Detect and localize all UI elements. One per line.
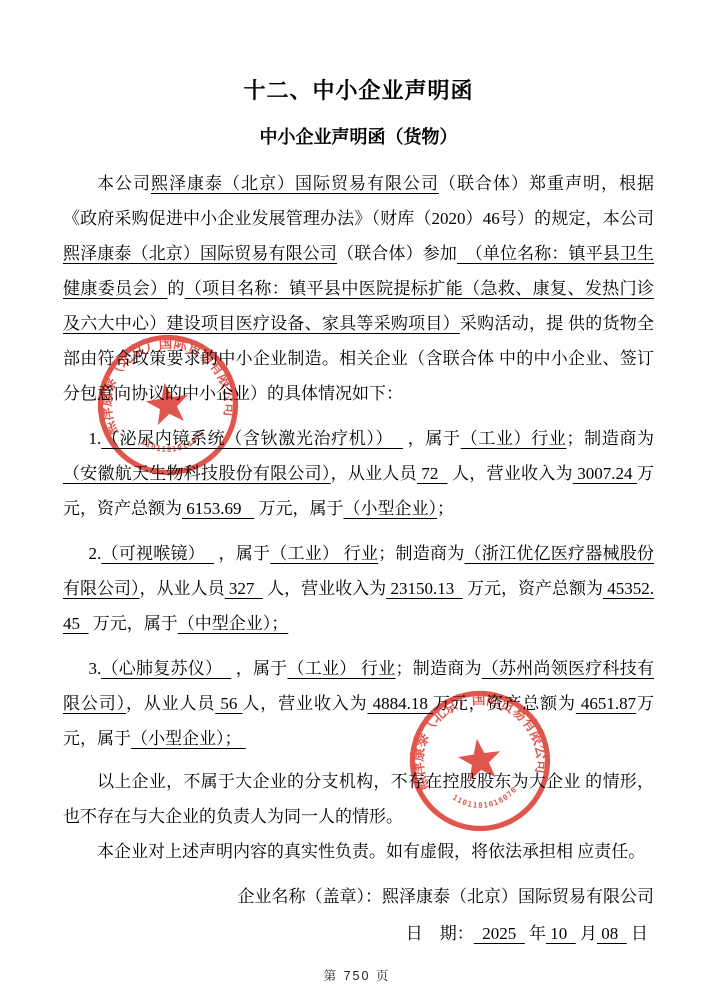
underlined-text-run: （工业） 行业	[288, 659, 396, 678]
text-run: 万元，资产总额为	[463, 579, 603, 598]
paragraph-responsibility: 本企业对上述声明内容的真实性负责。如有虚假，将依法承担相 应责任。	[63, 834, 654, 869]
text-run: 人，营业收入为	[242, 694, 367, 713]
text-run: 2.	[89, 544, 102, 563]
underlined-text-run: 3007.24	[573, 464, 637, 483]
text-run: 日	[627, 924, 648, 943]
underlined-text-run: 4884.18	[367, 694, 432, 713]
text-run: 1.	[89, 429, 102, 448]
page-number: 第 750 页	[0, 966, 714, 984]
underlined-text-run: 08	[597, 924, 627, 943]
underlined-text-run: 4651.87	[576, 694, 636, 713]
underlined-text-run: 熙泽康泰（北京）国际贸易有限公司	[63, 244, 337, 263]
text-run: ，属于	[403, 429, 461, 448]
text-run: ，从业人员	[126, 694, 215, 713]
document-page: 十二、中小企业声明函 中小企业声明函（货物） 本公司熙泽康泰（北京）国际贸易有限…	[0, 0, 714, 1008]
text-run: 万元，资产总额为	[433, 694, 576, 713]
text-run: ，从业人员	[331, 464, 417, 483]
text-run: ，属于	[214, 544, 270, 563]
paragraph-item-1: 1.（泌尿内镜系统（含钬激光治疗机）） ，属于（工业）行业；制造商为（安徽航天生…	[63, 421, 654, 526]
underlined-text-run: （工业）行业	[461, 429, 567, 448]
paragraph-no-large-enterprise: 以上企业，不属于大企业的分支机构，不存在控股股东为大企业 的情形，也不存在与大企…	[63, 764, 654, 834]
underlined-text-run: 2025	[474, 924, 525, 943]
text-run: ，属于	[231, 659, 287, 678]
underlined-text-run: 56	[215, 694, 242, 713]
text-run: 日 期：	[406, 924, 474, 943]
underlined-text-run: 72	[417, 464, 448, 483]
underlined-text-run: （安徽航天生物科技股份有限公司）	[63, 464, 331, 483]
text-run: ；制造商为	[378, 544, 464, 563]
paragraph-declaration: 本公司熙泽康泰（北京）国际贸易有限公司（联合体）郑重声明，根据《政府采购促进中小…	[63, 166, 654, 411]
text-run: ，从业人员	[140, 579, 225, 598]
text-run: 月	[576, 924, 597, 943]
underlined-text-run: 10	[546, 924, 576, 943]
text-run: 3.	[89, 659, 102, 678]
underlined-text-run: （心肺复苏仪）	[101, 659, 231, 678]
underlined-text-run: 327	[225, 579, 263, 598]
text-run: ；	[437, 499, 454, 518]
text-run: 万元，属于	[89, 614, 178, 633]
text-run: 年	[525, 924, 546, 943]
underlined-text-run: 23150.13	[386, 579, 463, 598]
paragraph-item-3: 3.（心肺复苏仪） ，属于（工业） 行业；制造商为（苏州尚领医疗科技有限公司），…	[63, 651, 654, 756]
page-title: 十二、中小企业声明函	[63, 76, 654, 106]
document-subtitle: 中小企业声明函（货物）	[63, 124, 654, 150]
text-run: ；制造商为	[396, 659, 482, 678]
text-run: 人，营业收入为	[263, 579, 386, 598]
text-run: ；制造商为	[566, 429, 654, 448]
text-run: 企业名称（盖章）：熙泽康泰（北京）国际贸易有限公司	[238, 887, 655, 906]
underlined-text-run: 熙泽康泰（北京）国际贸易有限公司	[151, 174, 439, 193]
text-run: 人，营业收入为	[447, 464, 572, 483]
date-line: 日 期： 2025 年 10 月 08 日	[63, 916, 654, 951]
text-run: （联合体）参加	[337, 244, 457, 263]
underlined-text-run: （小型企业）	[344, 499, 438, 518]
company-seal-line: 企业名称（盖章）：熙泽康泰（北京）国际贸易有限公司	[63, 879, 654, 914]
text-run: 本公司	[97, 174, 151, 193]
underlined-text-run: （工业） 行业	[270, 544, 378, 563]
underlined-text-run: 6153.69	[182, 499, 254, 518]
underlined-text-run: （中型企业）；	[178, 614, 289, 633]
underlined-text-run: （泌尿内镜系统（含钬激光治疗机））	[101, 429, 403, 448]
underlined-text-run: （小型企业）；	[131, 729, 246, 748]
text-run: 万元，属于	[254, 499, 343, 518]
text-run: 本企业对上述声明内容的真实性负责。如有虚假，将依法承担相 应责任。	[97, 842, 645, 861]
text-run: 以上企业，不属于大企业的分支机构，不存在控股股东为大企业 的情形，也不存在与大企…	[63, 772, 654, 826]
underlined-text-run: （可视喉镜）	[101, 544, 214, 563]
paragraph-item-2: 2.（可视喉镜） ，属于（工业） 行业；制造商为（浙江优亿医疗器械股份有限公司）…	[63, 536, 654, 641]
text-run: 的	[167, 279, 184, 298]
